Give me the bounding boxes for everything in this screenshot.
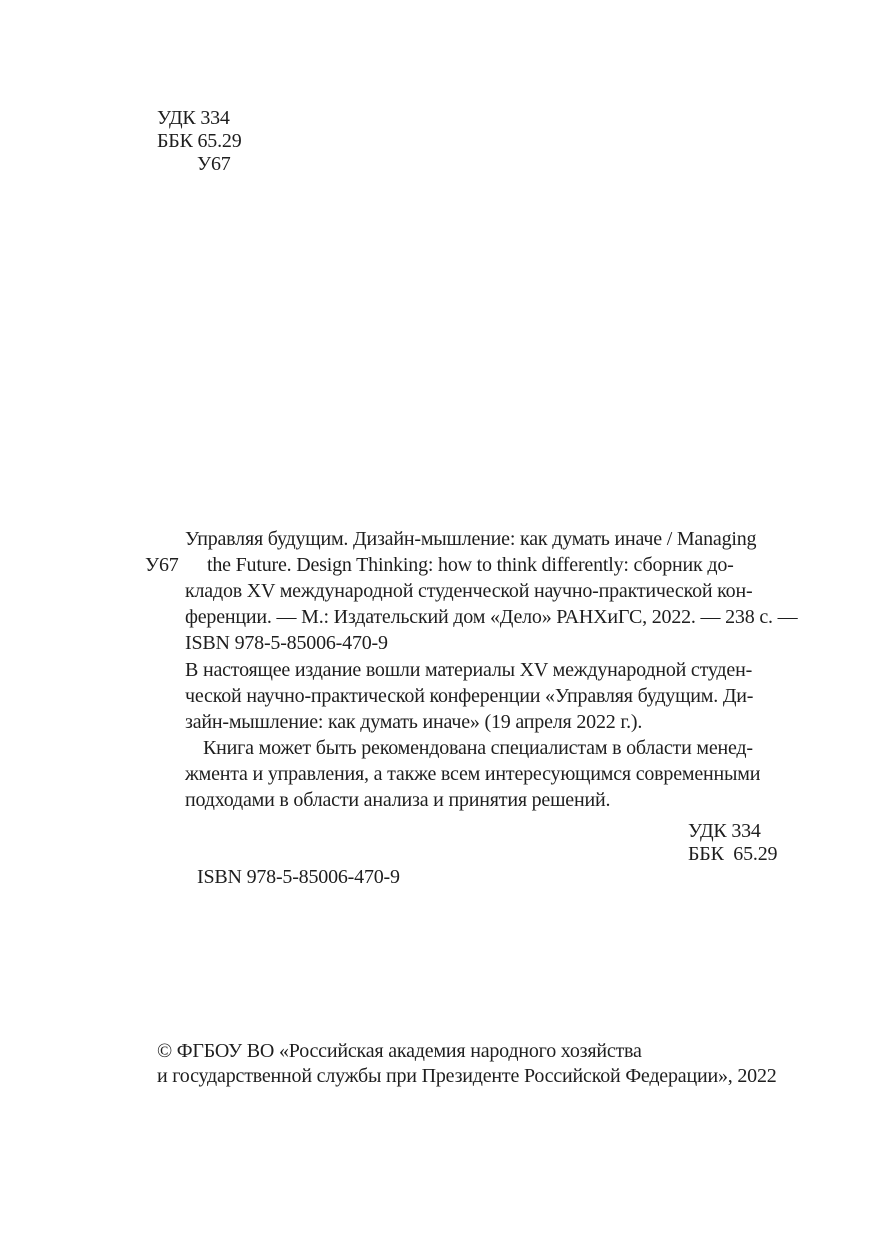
catalog-line: кладов XV международной студенческой нау… (185, 578, 785, 604)
annotation-line: подходами в области анализа и принятия р… (185, 787, 785, 813)
classification-header: УДК 334 ББК 65.29 У67 (157, 107, 242, 176)
copyright-line: © ФГБОУ ВО «Российская академия народног… (157, 1039, 777, 1064)
isbn-text: ISBN 978-5-85006-470-9 (197, 864, 400, 890)
catalog-line: ференции. — М.: Издательский дом «Дело» … (185, 604, 785, 630)
annotation-line: В настоящее издание вошли материалы XV м… (185, 657, 785, 683)
catalog-line: the Future. Design Thinking: how to thin… (185, 552, 785, 578)
catalog-author-sign: У67 (145, 552, 179, 578)
annotation-line: ческой научно-практической конференции «… (185, 683, 785, 709)
annotation-line: жмента и управления, а также всем интере… (185, 761, 785, 787)
isbn-line: ISBN 978-5-85006-470-9 (197, 864, 400, 890)
catalog-entry: Управляя будущим. Дизайн-мышление: как д… (185, 526, 785, 656)
catalog-isbn-line: ISBN 978-5-85006-470-9 (185, 630, 785, 656)
annotation-line: Книга может быть рекомендована специалис… (185, 735, 785, 761)
bbk-code: ББК 65.29 (157, 130, 242, 153)
copyright-line: и государственной службы при Президенте … (157, 1064, 777, 1089)
annotation-line: зайн-мышление: как думать иначе» (19 апр… (185, 709, 785, 735)
catalog-line: Управляя будущим. Дизайн-мышление: как д… (185, 526, 785, 552)
annotation: В настоящее издание вошли материалы XV м… (185, 657, 785, 813)
classification-footer: УДК 334 ББК 65.29 (688, 820, 777, 866)
bbk-code-footer: ББК 65.29 (688, 843, 777, 866)
author-sign: У67 (157, 153, 242, 176)
udk-code-footer: УДК 334 (688, 820, 777, 843)
udk-code: УДК 334 (157, 107, 242, 130)
book-imprint-page: УДК 334 ББК 65.29 У67 У67 Управляя будущ… (0, 0, 875, 1241)
copyright-notice: © ФГБОУ ВО «Российская академия народног… (157, 1039, 777, 1089)
